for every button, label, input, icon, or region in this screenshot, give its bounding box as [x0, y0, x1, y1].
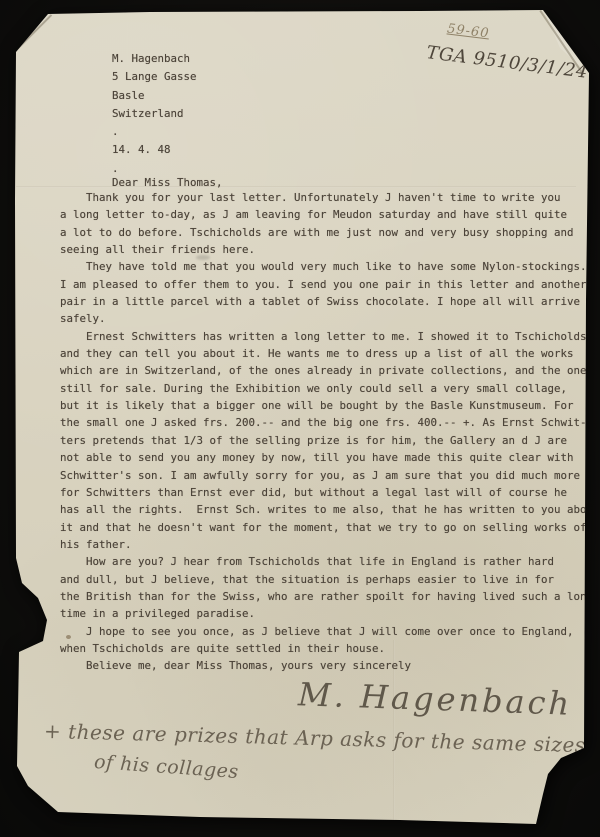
typed-line: a lot to do before. Tschicholds are with…: [60, 224, 600, 241]
address-line: 14. 4. 48: [112, 141, 197, 159]
letter-body: Thank you for your last letter. Unfortun…: [60, 189, 600, 675]
typed-line: I am pleased to offer them to you. I sen…: [60, 276, 600, 293]
typed-line: safely.: [60, 310, 600, 327]
paper-shadow-wrap: 59-60 TGA 9510/3/1/24 M. Hagenbach5 Lang…: [0, 0, 600, 837]
address-line: 5 Lange Gasse: [112, 68, 197, 86]
typed-line: J hope to see you once, as J believe tha…: [60, 623, 600, 640]
handwritten-signature: M. Hagenbach: [297, 675, 572, 723]
typed-line: which are in Switzerland, of the ones al…: [60, 362, 600, 379]
typed-line: a long letter to-day, as J am leaving fo…: [60, 206, 600, 223]
address-line: M. Hagenbach: [112, 50, 197, 68]
typed-line: Schwitter's son. I am awfully sorry for …: [60, 467, 600, 484]
typed-line: but it is likely that a bigger one will …: [60, 397, 600, 414]
handwritten-postscript-line-2: of his collages: [93, 751, 239, 783]
typed-line: when Tschicholds are quite settled in th…: [60, 640, 600, 657]
letter-paper: 59-60 TGA 9510/3/1/24 M. Hagenbach5 Lang…: [0, 0, 600, 837]
typed-line: the small one J asked frs. 200.-- and th…: [60, 414, 600, 431]
page-number-annotation: 59-60: [446, 21, 490, 41]
typed-line: it and that he doesn't want for the mome…: [60, 519, 600, 536]
horizontal-fold-crease: [16, 186, 576, 188]
photo-background: 59-60 TGA 9510/3/1/24 M. Hagenbach5 Lang…: [0, 0, 600, 837]
typed-line: seeing all their friends here.: [60, 241, 600, 258]
typed-line: time in a privileged paradise.: [60, 605, 600, 622]
typed-line: the British than for the Swiss, who are …: [60, 588, 600, 605]
typed-line: Thank you for your last letter. Unfortun…: [60, 189, 600, 206]
typed-line: ters pretends that 1/3 of the selling pr…: [60, 432, 600, 449]
typed-line: Believe me, dear Miss Thomas, yours very…: [60, 657, 600, 674]
typed-line: They have told me that you would very mu…: [60, 258, 600, 275]
top-left-fold-crease: [14, 14, 52, 52]
typed-line: How are you? J hear from Tschicholds tha…: [60, 553, 600, 570]
typed-line: his father.: [60, 536, 600, 553]
typed-line: has all the rights. Ernst Sch. writes to…: [60, 501, 600, 518]
typed-line: pair in a little parcel with a tablet of…: [60, 293, 600, 310]
typed-line: and they can tell you about it. He wants…: [60, 345, 600, 362]
typed-line: still for sale. During the Exhibition we…: [60, 380, 600, 397]
typed-line: not able to send you any money by now, t…: [60, 449, 600, 466]
typed-line: and dull, but J believe, that the situat…: [60, 571, 600, 588]
address-line: Switzerland: [112, 105, 197, 123]
typed-line: Ernest Schwitters has written a long let…: [60, 328, 600, 345]
address-line: .: [112, 123, 197, 141]
sender-address-block: M. Hagenbach5 Lange GasseBasleSwitzerlan…: [112, 50, 197, 178]
handwritten-postscript-line-1: + these are prizes that Arp asks for the…: [44, 719, 586, 757]
address-line: Basle: [112, 87, 197, 105]
typed-line: for Schwitters than Ernst ever did, but …: [60, 484, 600, 501]
